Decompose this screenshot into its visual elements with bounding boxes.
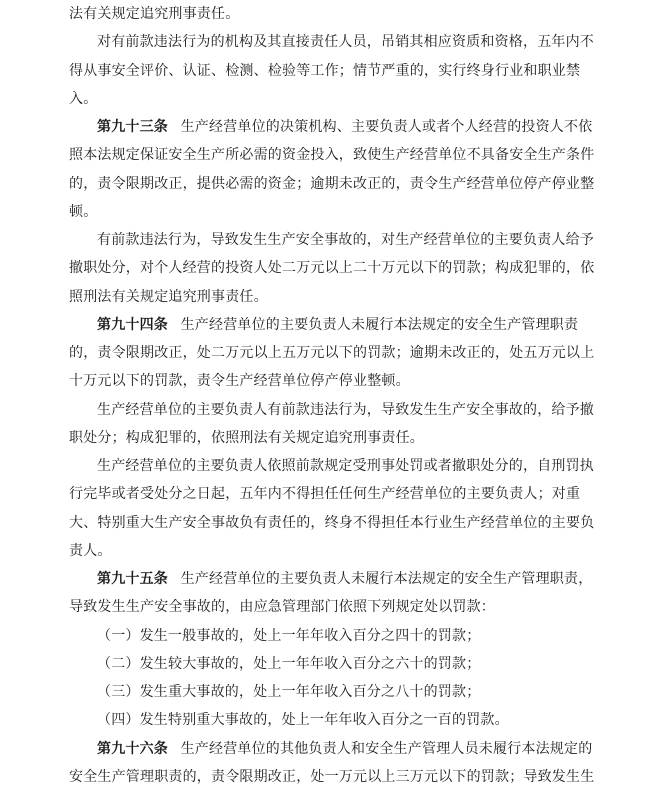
text-line: 法有关规定追究刑事责任。 [69,0,603,28]
list-item-line: （四）发生特别重大事故的，处上一年年收入百分之一百的罚款。 [69,706,603,734]
text-line: 第九十四条生产经营单位的主要负责人未履行本法规定的安全生产管理职责 [69,311,603,339]
text-line: 对有前款违法行为的机构及其直接责任人员，吊销其相应资质和资格，五年内不 [69,28,603,56]
text-line: 得从事安全评价、认证、检测、检验等工作；情节严重的，实行终身行业和职业禁 [69,57,603,85]
list-item-line: （一）发生一般事故的，处上一年年收入百分之四十的罚款； [69,622,603,650]
line-text: 生产经营单位的主要负责人未履行本法规定的安全生产管理职责 [181,317,579,333]
text-line: 责人。 [69,537,603,565]
text-line: 入。 [69,85,603,113]
text-line: 顿。 [69,198,603,226]
text-line: 行完毕或者受处分之日起，五年内不得担任任何生产经营单位的主要负责人；对重 [69,480,603,508]
text-line: 的，责令限期改正，处二万元以上五万元以下的罚款；逾期未改正的，处五万元以上 [69,339,603,367]
article-number: 第九十三条 [97,119,168,135]
text-line: 第九十六条生产经营单位的其他负责人和安全生产管理人员未履行本法规定的 [69,735,603,763]
document-page: 法有关规定追究刑事责任。 对有前款违法行为的机构及其直接责任人员，吊销其相应资质… [0,0,672,791]
text-line: 大、特别重大生产安全事故负有责任的，终身不得担任本行业生产经营单位的主要负 [69,509,603,537]
text-line: 安全生产管理职责的，责令限期改正，处一万元以上三万元以下的罚款；导致发生生 [69,763,603,791]
text-line: 十万元以下的罚款，责令生产经营单位停产停业整顿。 [69,367,603,395]
article-number: 第九十四条 [97,317,168,333]
text-line: 有前款违法行为，导致发生生产安全事故的，对生产经营单位的主要负责人给予 [69,226,603,254]
text-line: 照本法规定保证安全生产所必需的资金投入，致使生产经营单位不具备安全生产条件 [69,141,603,169]
text-line: 第九十三条生产经营单位的决策机构、主要负责人或者个人经营的投资人不依 [69,113,603,141]
article-number: 第九十六条 [97,741,168,757]
list-item-line: （三）发生重大事故的，处上一年年收入百分之八十的罚款； [69,678,603,706]
line-text: 生产经营单位的主要负责人未履行本法规定的安全生产管理职责， [181,571,593,587]
text-line: 撤职处分，对个人经营的投资人处二万元以上二十万元以下的罚款；构成犯罪的，依 [69,254,603,282]
text-line: 生产经营单位的主要负责人有前款违法行为，导致发生生产安全事故的，给予撤 [69,396,603,424]
text-line: 的，责令限期改正，提供必需的资金；逾期未改正的，责令生产经营单位停产停业整 [69,170,603,198]
text-line: 生产经营单位的主要负责人依照前款规定受刑事处罚或者撤职处分的，自刑罚执 [69,452,603,480]
text-line: 导致发生生产安全事故的，由应急管理部门依照下列规定处以罚款： [69,593,603,621]
text-line: 职处分；构成犯罪的，依照刑法有关规定追究刑事责任。 [69,424,603,452]
text-line: 照刑法有关规定追究刑事责任。 [69,283,603,311]
text-line: 第九十五条生产经营单位的主要负责人未履行本法规定的安全生产管理职责， [69,565,603,593]
list-item-line: （二）发生较大事故的，处上一年年收入百分之六十的罚款； [69,650,603,678]
line-text: 生产经营单位的决策机构、主要负责人或者个人经营的投资人不依 [181,119,593,135]
line-text: 生产经营单位的其他负责人和安全生产管理人员未履行本法规定的 [181,741,593,757]
article-number: 第九十五条 [97,571,168,587]
